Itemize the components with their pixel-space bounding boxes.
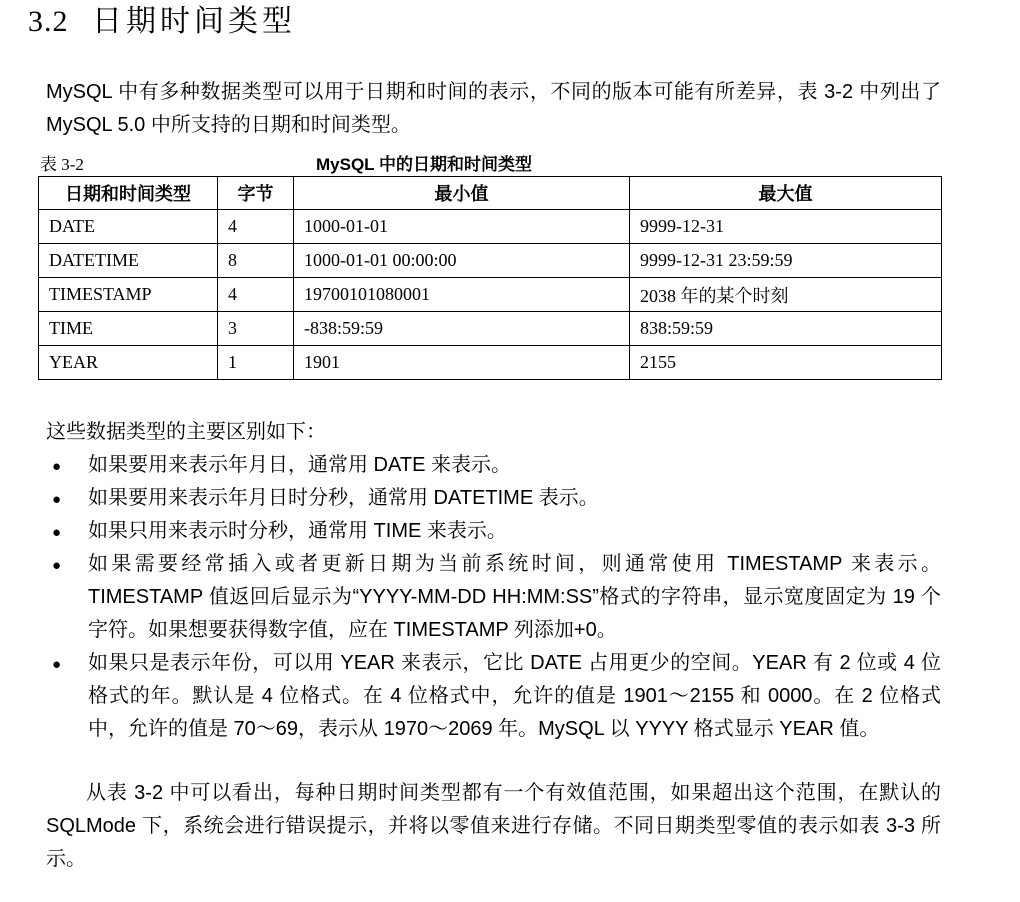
cell-bytes: 8 (218, 244, 294, 278)
list-item: ● 如果需要经常插入或者更新日期为当前系统时间，则通常使用 TIMESTAMP … (46, 548, 941, 647)
list-item-text: 如果要用来表示年月日时分秒，通常用 DATETIME 表示。 (88, 487, 599, 509)
section-heading: 3.2 日期时间类型 (28, 4, 941, 40)
section-title-text: 日期时间类型 (92, 5, 296, 38)
bullet-icon: ● (52, 516, 61, 549)
cell-bytes: 4 (218, 278, 294, 312)
bullet-icon: ● (52, 648, 61, 681)
intro-paragraph: MySQL 中有多种数据类型可以用于日期和时间的表示，不同的版本可能有所差异，表… (46, 76, 941, 142)
cell-type: TIME (39, 312, 218, 346)
bullet-list: ● 如果要用来表示年月日，通常用 DATE 来表示。 ● 如果要用来表示年月日时… (46, 449, 941, 746)
list-item-text: 如果只用来表示时分秒，通常用 TIME 来表示。 (88, 520, 507, 542)
cell-type: TIMESTAMP (39, 278, 218, 312)
table-caption: 表 3-2 MySQL 中的日期和时间类型 (40, 150, 941, 174)
section-number: 3.2 (28, 5, 69, 38)
document-page: 3.2 日期时间类型 MySQL 中有多种数据类型可以用于日期和时间的表示，不同… (0, 0, 1020, 902)
cell-min: -838:59:59 (294, 312, 630, 346)
table-header-row: 日期和时间类型 字节 最小值 最大值 (39, 177, 942, 210)
cell-max: 9999-12-31 (630, 210, 942, 244)
table-row: DATE 4 1000-01-01 9999-12-31 (39, 210, 942, 244)
cell-type: DATE (39, 210, 218, 244)
cell-type: YEAR (39, 346, 218, 380)
cell-min: 1000-01-01 (294, 210, 630, 244)
cell-bytes: 3 (218, 312, 294, 346)
column-header-type: 日期和时间类型 (39, 177, 218, 210)
column-header-max: 最大值 (630, 177, 942, 210)
cell-max: 9999-12-31 23:59:59 (630, 244, 942, 278)
cell-type: DATETIME (39, 244, 218, 278)
table-row: TIMESTAMP 4 19700101080001 2038 年的某个时刻 (39, 278, 942, 312)
cell-max: 838:59:59 (630, 312, 942, 346)
cell-bytes: 4 (218, 210, 294, 244)
list-item: ● 如果只用来表示时分秒，通常用 TIME 来表示。 (46, 515, 941, 548)
list-item: ● 如果要用来表示年月日，通常用 DATE 来表示。 (46, 449, 941, 482)
list-item-text: 如果要用来表示年月日，通常用 DATE 来表示。 (88, 454, 511, 476)
bullet-icon: ● (52, 450, 61, 483)
bullet-icon: ● (52, 483, 61, 516)
cell-min: 1901 (294, 346, 630, 380)
cell-max: 2038 年的某个时刻 (630, 278, 942, 312)
cell-min: 19700101080001 (294, 278, 630, 312)
list-item: ● 如果只是表示年份，可以用 YEAR 来表示，它比 DATE 占用更少的空间。… (46, 647, 941, 746)
cell-min: 1000-01-01 00:00:00 (294, 244, 630, 278)
list-intro: 这些数据类型的主要区别如下： (46, 416, 941, 449)
table-row: DATETIME 8 1000-01-01 00:00:00 9999-12-3… (39, 244, 942, 278)
cell-bytes: 1 (218, 346, 294, 380)
datetime-types-table: 日期和时间类型 字节 最小值 最大值 DATE 4 1000-01-01 999… (38, 176, 942, 380)
cell-max: 2155 (630, 346, 942, 380)
bullet-icon: ● (52, 549, 61, 582)
table-row: TIME 3 -838:59:59 838:59:59 (39, 312, 942, 346)
table-caption-label: 表 3-2 (40, 155, 84, 174)
table-row: YEAR 1 1901 2155 (39, 346, 942, 380)
column-header-bytes: 字节 (218, 177, 294, 210)
closing-paragraph: 从表 3-2 中可以看出，每种日期时间类型都有一个有效值范围，如果超出这个范围，… (46, 777, 941, 876)
table-caption-title: MySQL 中的日期和时间类型 (316, 150, 532, 175)
list-item: ● 如果要用来表示年月日时分秒，通常用 DATETIME 表示。 (46, 482, 941, 515)
list-item-text: 如果只是表示年份，可以用 YEAR 来表示，它比 DATE 占用更少的空间。YE… (88, 652, 941, 740)
column-header-min: 最小值 (294, 177, 630, 210)
list-item-text: 如果需要经常插入或者更新日期为当前系统时间，则通常使用 TIMESTAMP 来表… (88, 553, 941, 641)
